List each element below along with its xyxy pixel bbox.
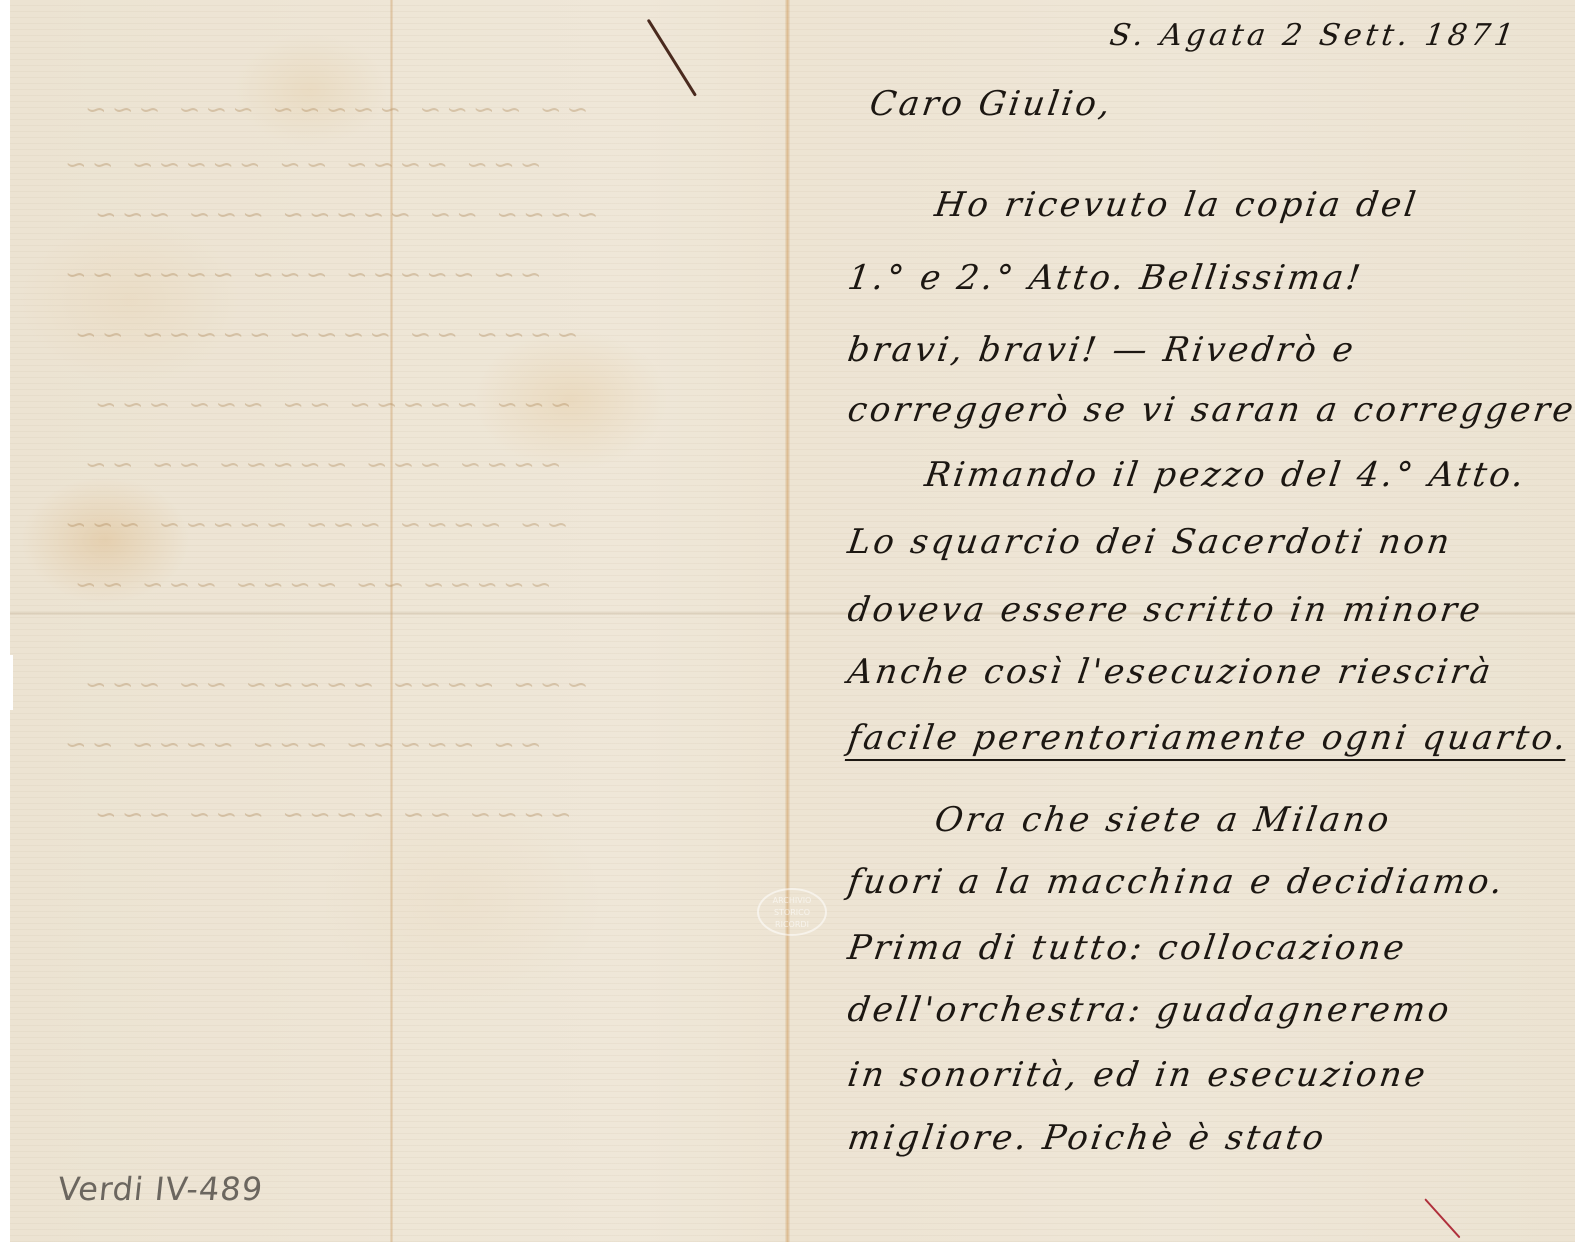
bleed-through-text: ~~ ~~~~~ ~~~ ~~~~ ~~	[60, 260, 542, 290]
letter-line: fuori a la macchina e decidiamo.	[845, 862, 1507, 902]
letter-line: Prima di tutto: collocazione	[845, 928, 1409, 968]
bleed-through-text: ~~~~ ~~ ~~~~ ~~~ ~~~	[90, 800, 572, 830]
paper-notch	[0, 655, 13, 710]
archive-blind-stamp: ARCHIVIO STORICO RICORDI	[757, 888, 827, 936]
letter-line: Lo squarcio dei Sacerdoti non	[845, 522, 1455, 562]
letter-line: correggerò se vi saran a correggere.	[845, 390, 1575, 430]
letter-line: Anche così l'esecuzione riescirà	[845, 652, 1496, 692]
letter-line: Rimando il pezzo del 4.° Atto.	[922, 455, 1529, 495]
center-fold-line	[785, 0, 790, 1242]
left-page-fold-line	[390, 0, 393, 1242]
letter-line: 1.° e 2.° Atto. Bellissima!	[845, 258, 1365, 298]
bleed-through-text: ~~ ~~~~ ~~~ ~~~~~ ~~~	[60, 510, 568, 540]
letter-line: Ora che siete a Milano	[932, 800, 1394, 840]
bleed-through-text: ~~~ ~~~~ ~~~~~ ~~ ~~~	[80, 670, 588, 700]
letter-line: migliore. Poichè è stato	[845, 1118, 1329, 1158]
letter-salutation: Caro Giulio,	[867, 84, 1115, 124]
letter-line: Ho ricevuto la copia del	[932, 185, 1421, 225]
bleed-through-text: ~~~ ~~~~ ~~ ~~~~~ ~~	[60, 150, 542, 180]
letter-dateline: S. Agata 2 Sett. 1871	[1108, 18, 1520, 53]
letter-line: doveva essere scritto in minore	[845, 590, 1485, 630]
bleed-through-text: ~~ ~~~~ ~~~~~ ~~~ ~~~	[80, 95, 588, 125]
letter-line: dell'orchestra: guadagneremo	[845, 990, 1454, 1030]
bleed-through-text: ~~~~ ~~ ~~~~~ ~~~ ~~~	[90, 200, 598, 230]
bleed-through-text: ~~~~ ~~ ~~~~ ~~~~~ ~~	[70, 320, 578, 350]
bleed-through-text: ~~~~ ~~~ ~~~~~ ~~ ~~	[80, 450, 562, 480]
bleed-through-text: ~~ ~~~~~ ~~~ ~~~~ ~~	[60, 730, 542, 760]
bleed-through-text: ~~~ ~~~~~ ~~ ~~~ ~~~	[90, 390, 572, 420]
letter-line: in sonorità, ed in esecuzione	[845, 1055, 1430, 1095]
letter-line: bravi, bravi! — Rivedrò e	[845, 330, 1358, 370]
letter-line: facile perentoriamente ogni quarto.	[845, 718, 1571, 758]
bleed-through-text: ~~~~~ ~~ ~~~~ ~~~ ~~	[70, 570, 552, 600]
archive-reference-label: Verdi IV-489	[56, 1170, 265, 1208]
